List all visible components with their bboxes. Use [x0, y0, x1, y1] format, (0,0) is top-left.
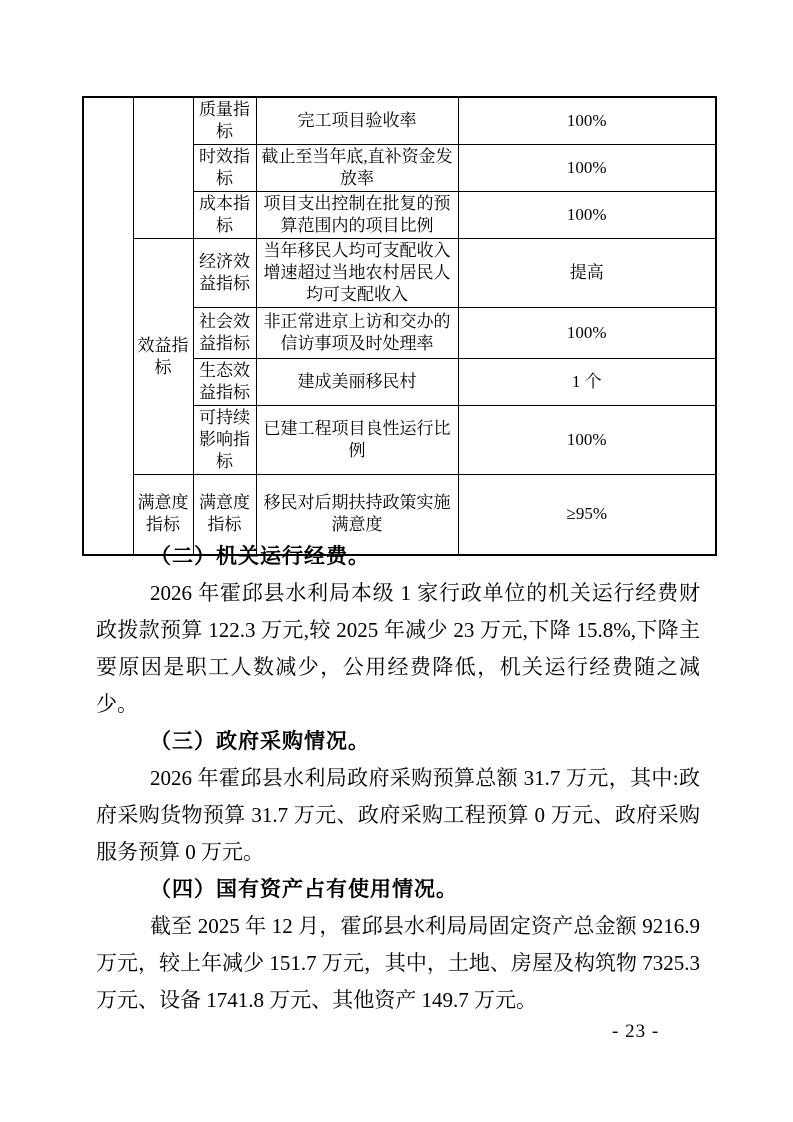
document-section: （二）机关运行经费。 2026 年霍邱县水利局本级 1 家行政单位的机关运行经费… — [96, 538, 700, 723]
section-heading: （二）机关运行经费。 — [96, 538, 700, 575]
cell-category: 经济效益指标 — [193, 239, 256, 308]
cell-category: 社会效益指标 — [193, 308, 256, 359]
page-number: - 23 - — [612, 1020, 659, 1044]
cell-value: 100% — [458, 308, 716, 359]
section-paragraph: 截至 2025 年 12 月，霍邱县水利局局固定资产总金额 9216.9 万元，… — [96, 908, 700, 1019]
document-section: （四）国有资产占有使用情况。 截至 2025 年 12 月，霍邱县水利局局固定资… — [96, 871, 700, 1019]
cell-description: 完工项目验收率 — [256, 97, 458, 145]
document-page: 质量指标 完工项目验收率 100% 时效指标 截止至当年底,直补资金发放率 10… — [0, 0, 793, 1122]
section-heading: （四）国有资产占有使用情况。 — [96, 871, 700, 908]
cell-blank-continuation — [83, 97, 133, 555]
cell-value: 1 个 — [458, 359, 716, 406]
cell-description: 非正常进京上访和交办的信访事项及时处理率 — [256, 308, 458, 359]
cell-category: 时效指标 — [193, 145, 256, 192]
cell-value: 100% — [458, 145, 716, 192]
document-body: （二）机关运行经费。 2026 年霍邱县水利局本级 1 家行政单位的机关运行经费… — [96, 538, 700, 1019]
cell-description: 截止至当年底,直补资金发放率 — [256, 145, 458, 192]
section-heading: （三）政府采购情况。 — [96, 723, 700, 760]
section-paragraph: 2026 年霍邱县水利局本级 1 家行政单位的机关运行经费财政拨款预算 122.… — [96, 575, 700, 723]
cell-description: 建成美丽移民村 — [256, 359, 458, 406]
cell-group-label: 效益指标 — [133, 239, 193, 475]
table-row: 效益指标 经济效益指标 当年移民人均可支配收入增速超过当地农村居民人均可支配收入… — [83, 239, 716, 308]
cell-value: 100% — [458, 192, 716, 239]
cell-category: 可持续影响指标 — [193, 406, 256, 475]
cell-group-label — [133, 97, 193, 239]
cell-value: 提高 — [458, 239, 716, 308]
cell-category: 生态效益指标 — [193, 359, 256, 406]
performance-indicator-table: 质量指标 完工项目验收率 100% 时效指标 截止至当年底,直补资金发放率 10… — [82, 96, 717, 556]
cell-description: 已建工程项目良性运行比例 — [256, 406, 458, 475]
cell-value: 100% — [458, 97, 716, 145]
section-paragraph: 2026 年霍邱县水利局政府采购预算总额 31.7 万元，其中:政府采购货物预算… — [96, 760, 700, 871]
cell-description: 项目支出控制在批复的预算范围内的项目比例 — [256, 192, 458, 239]
table-row: 质量指标 完工项目验收率 100% — [83, 97, 716, 145]
cell-category: 成本指标 — [193, 192, 256, 239]
cell-description: 当年移民人均可支配收入增速超过当地农村居民人均可支配收入 — [256, 239, 458, 308]
cell-value: 100% — [458, 406, 716, 475]
cell-category: 质量指标 — [193, 97, 256, 145]
document-section: （三）政府采购情况。 2026 年霍邱县水利局政府采购预算总额 31.7 万元，… — [96, 723, 700, 871]
